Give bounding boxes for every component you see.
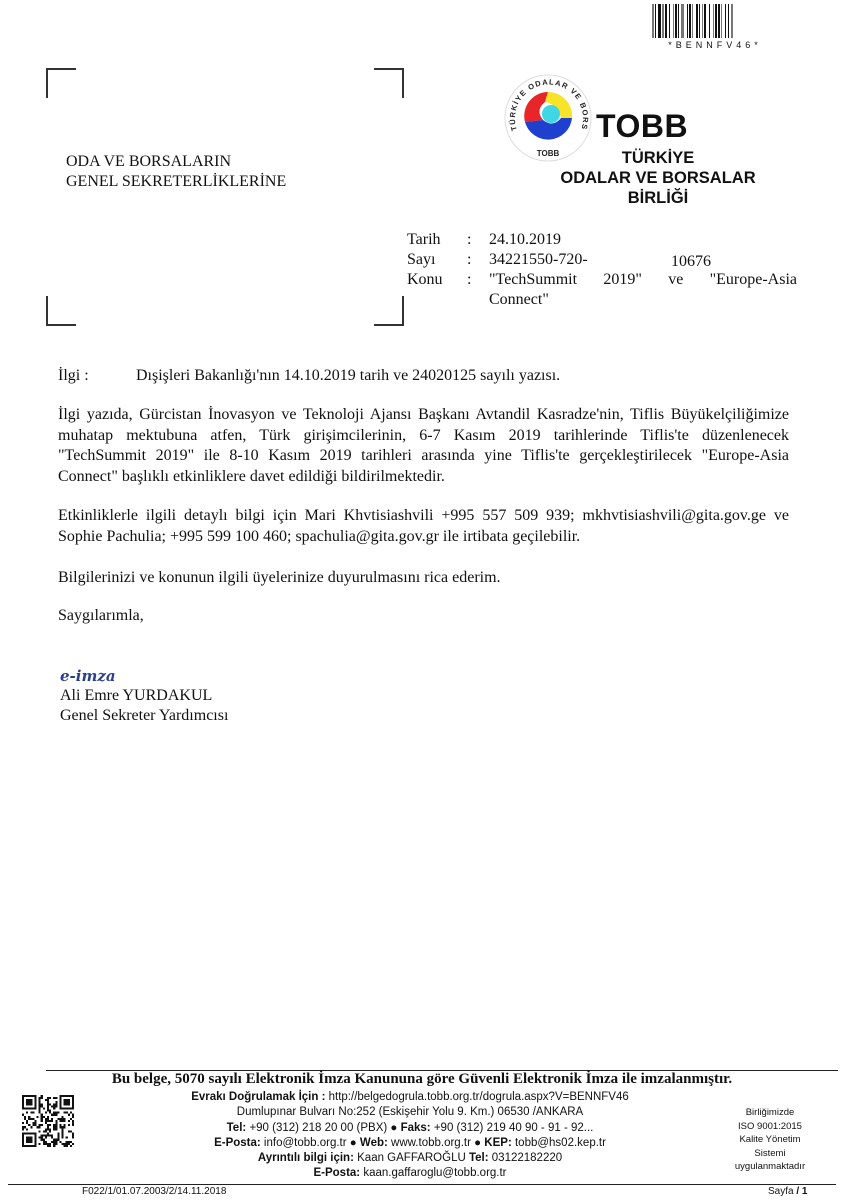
contact-email-line: E-Posta: kaan.gaffaroglu@tobb.org.tr xyxy=(170,1166,650,1181)
number-value: 34221550-720- xyxy=(489,250,797,270)
number-label: Sayı xyxy=(407,250,467,270)
number-suffix: 10676 xyxy=(671,252,711,272)
body-paragraph: Bilgilerinizi ve konunun ilgili üyelerin… xyxy=(58,568,789,589)
colon: : xyxy=(467,230,489,250)
meta-date-row: Tarih : 24.10.2019 xyxy=(407,230,797,250)
verify-line: Evrakı Doğrulamak İçin : http://belgedog… xyxy=(170,1090,650,1105)
address-window-corner-top-left xyxy=(46,68,76,98)
logo-subtitle: TÜRKİYE ODALAR VE BORSALAR BİRLİĞİ xyxy=(548,148,768,208)
contact-line: Ayrıntılı bilgi için: Kaan GAFFAROĞLU Te… xyxy=(170,1151,650,1166)
document-meta: Tarih : 24.10.2019 Sayı : 34221550-720- … xyxy=(407,230,797,310)
web-link[interactable]: www.tobb.org.tr xyxy=(391,1137,471,1149)
signer-name: Ali Emre YURDAKUL xyxy=(60,686,228,706)
address-window-corner-top-right xyxy=(374,68,404,98)
address-window-corner-bottom-left xyxy=(46,296,76,326)
subject-value: "TechSummit 2019" ve "Europe-Asia xyxy=(489,270,797,290)
barcode-text: *BENNFV46* xyxy=(650,40,780,50)
iso-certification-note: Birliğimizde ISO 9001:2015 Kalite Yöneti… xyxy=(720,1106,820,1174)
logo-subtitle-line: BİRLİĞİ xyxy=(548,188,768,208)
subject-label: Konu xyxy=(407,270,467,290)
date-value: 24.10.2019 xyxy=(489,230,797,250)
date-label: Tarih xyxy=(407,230,467,250)
form-code: F022/1/01.07.2003/2/14.11.2018 xyxy=(82,1186,226,1197)
qr-code xyxy=(22,1095,74,1147)
logo-subtitle-line: ODALAR VE BORSALAR xyxy=(548,168,768,188)
reference-text: Dışişleri Bakanlığı'nın 14.10.2019 tarih… xyxy=(136,367,560,384)
contact-email-link[interactable]: kaan.gaffaroglu@tobb.org.tr xyxy=(363,1167,506,1179)
email-web-line: E-Posta: info@tobb.org.tr ● Web: www.tob… xyxy=(170,1136,650,1151)
e-signature-legal-notice: Bu belge, 5070 sayılı Elektronik İmza Ka… xyxy=(0,1071,844,1088)
signer-block: Ali Emre YURDAKUL Genel Sekreter Yardımc… xyxy=(60,686,228,726)
bullet-icon: ● xyxy=(390,1122,397,1134)
logo-subtitle-line: TÜRKİYE xyxy=(548,148,768,168)
page-number: Sayfa / 1 xyxy=(768,1186,807,1197)
closing: Saygılarımla, xyxy=(58,606,789,627)
phone-line: Tel: +90 (312) 218 20 00 (PBX) ● Faks: +… xyxy=(170,1121,650,1136)
signer-title: Genel Sekreter Yardımcısı xyxy=(60,706,228,726)
verify-link[interactable]: http://belgedogrula.tobb.org.tr/dogrula.… xyxy=(329,1091,629,1103)
recipient-line: ODA VE BORSALARIN xyxy=(66,152,286,172)
bullet-icon: ● xyxy=(350,1137,357,1149)
reference-label: İlgi : xyxy=(58,367,136,385)
e-signature-mark: e-imza xyxy=(60,667,116,685)
recipient-block: ODA VE BORSALARIN GENEL SEKRETERLİKLERİN… xyxy=(66,152,286,192)
recipient-line: GENEL SEKRETERLİKLERİNE xyxy=(66,172,286,192)
kep-link[interactable]: tobb@hs02.kep.tr xyxy=(515,1137,606,1149)
meta-subject-row: Konu : "TechSummit 2019" ve "Europe-Asia xyxy=(407,270,797,290)
subject-continuation: Connect" xyxy=(407,290,797,310)
address-line: Dumlupınar Bulvarı No:252 (Eskişehir Yol… xyxy=(170,1105,650,1120)
colon: : xyxy=(467,250,489,270)
reference-line: İlgi :Dışişleri Bakanlığı'nın 14.10.2019… xyxy=(58,367,560,385)
email-link[interactable]: info@tobb.org.tr xyxy=(264,1137,347,1149)
bullet-icon: ● xyxy=(474,1137,481,1149)
body-paragraph: Etkinliklerle ilgili detaylı bilgi için … xyxy=(58,506,789,547)
meta-number-row: Sayı : 34221550-720- xyxy=(407,250,797,270)
footer-contact-info: Evrakı Doğrulamak İçin : http://belgedog… xyxy=(170,1090,650,1182)
logo-title: TOBB xyxy=(596,108,688,145)
barcode xyxy=(652,4,778,38)
address-window-corner-bottom-right xyxy=(374,296,404,326)
colon: : xyxy=(467,270,489,290)
body-paragraph: İlgi yazıda, Gürcistan İnovasyon ve Tekn… xyxy=(58,405,789,487)
bottom-divider xyxy=(8,1184,836,1185)
